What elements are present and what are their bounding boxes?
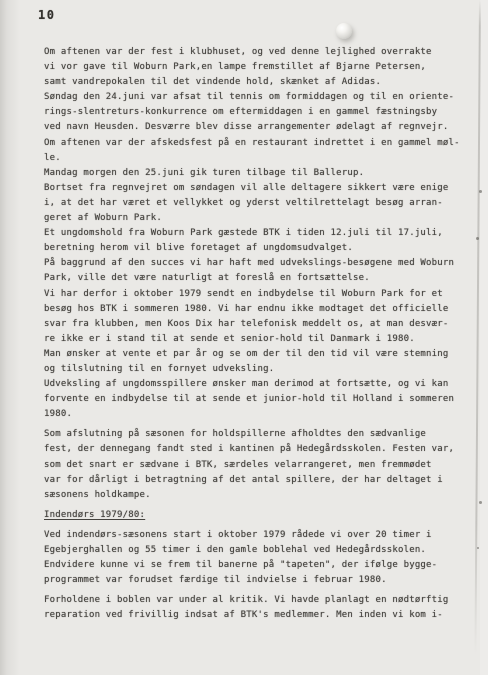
text-line: samt vandrepokalen til det vindende hold… [44,75,468,90]
text-line: Om aftenen var der afskedsfest på en res… [44,136,468,151]
text-line: Et ungdomshold fra Woburn Park gæstede B… [44,226,468,241]
text-line: geret af Woburn Park. [44,211,468,226]
text-line: Endvidere kunne vi se frem til banerne p… [44,558,468,573]
document-body: Om aftenen var der fest i klubhuset, og … [44,45,468,623]
paragraph: Bortset fra regnvejret om søndagen vil a… [44,181,468,226]
text-line: Udveksling af ungdomsspillere ønsker man… [44,377,468,392]
text-line: le. [44,151,468,166]
paragraph: Søndag den 24.juni var afsat til tennis … [44,90,468,165]
text-line: reparation ved frivillig indsat af BTK's… [44,608,468,623]
text-line: og tilslutning til en fornyet udveksling… [44,362,468,377]
text-line: fest, der dennegang fandt sted i kantine… [44,442,468,457]
text-line: På baggrund af den succes vi har haft me… [44,256,468,271]
text-line: re ikke er i stand til at sende et senio… [44,332,468,347]
paragraph: Man ønsker at vente et par år og se om d… [44,347,468,377]
scan-edge-left [0,0,22,675]
text-line: Ved indendørs-sæsonens start i oktober 1… [44,528,468,543]
paragraph: Mandag morgen den 25.juni gik turen tilb… [44,166,468,181]
text-line: 1980. [44,407,468,422]
text-line: programmet var forudset færdige til indv… [44,573,468,588]
text-line: Om aftenen var der fest i klubhuset, og … [44,45,468,60]
paragraph: Ved indendørs-sæsonens start i oktober 1… [44,528,468,588]
page-number: 10 [38,8,55,22]
scan-speck [476,237,479,240]
paragraph: Et ungdomshold fra Woburn Park gæstede B… [44,226,468,256]
scan-speck [477,547,479,549]
text-line: i, at det har været et vellykket og yder… [44,196,468,211]
text-line: sæsonens holdkampe. [44,488,468,503]
section-heading: Indendørs 1979/80: [44,508,468,523]
text-line: besøg hos BTK i sommeren 1980. Vi har en… [44,302,468,317]
text-line: Indendørs 1979/80: [44,508,468,523]
text-line: var for dårligt i betragtning af det ant… [44,473,468,488]
text-line: vi vor gave til Woburn Park,en lampe fre… [44,60,468,75]
paragraph: Som afslutning på sæsonen for holdspille… [44,427,468,502]
text-line: Forholdene i boblen var under al kritik.… [44,593,468,608]
text-line: Som afslutning på sæsonen for holdspille… [44,427,468,442]
text-line: forvente en indbydelse til at sende et j… [44,392,468,407]
text-line: Egebjerghallen og 55 timer i den gamle b… [44,543,468,558]
text-line: Søndag den 24.juni var afsat til tennis … [44,90,468,105]
text-line: Bortset fra regnvejret om søndagen vil a… [44,181,468,196]
text-line: ved navn Heusden. Desværre blev disse ar… [44,120,468,135]
text-line: Man ønsker at vente et par år og se om d… [44,347,468,362]
text-line: rings-slentreturs-konkurrence om eftermi… [44,105,468,120]
text-line: Vi har derfor i oktober 1979 sendt en in… [44,287,468,302]
scan-edge-right-strip [480,0,488,675]
text-line: Mandag morgen den 25.juni gik turen tilb… [44,166,468,181]
scan-speck [479,501,482,504]
paragraph: Forholdene i boblen var under al kritik.… [44,593,468,623]
scanned-document-page: 10 Om aftenen var der fest i klubhuset, … [0,0,488,675]
paragraph: Vi har derfor i oktober 1979 sendt en in… [44,287,468,347]
text-line: Park, ville det være naturligt at foresl… [44,271,468,286]
scan-speck [479,190,482,193]
table-tennis-ball-icon [336,23,352,39]
paragraph: Udveksling af ungdomsspillere ønsker man… [44,377,468,422]
paragraph: På baggrund af den succes vi har haft me… [44,256,468,286]
text-line: svar fra klubben, men Koos Dix har telef… [44,317,468,332]
paragraph: Om aftenen var der fest i klubhuset, og … [44,45,468,90]
text-line: beretning herom vil blive foretaget af u… [44,241,468,256]
text-line: som det snart er sædvane i BTK, særdeles… [44,458,468,473]
